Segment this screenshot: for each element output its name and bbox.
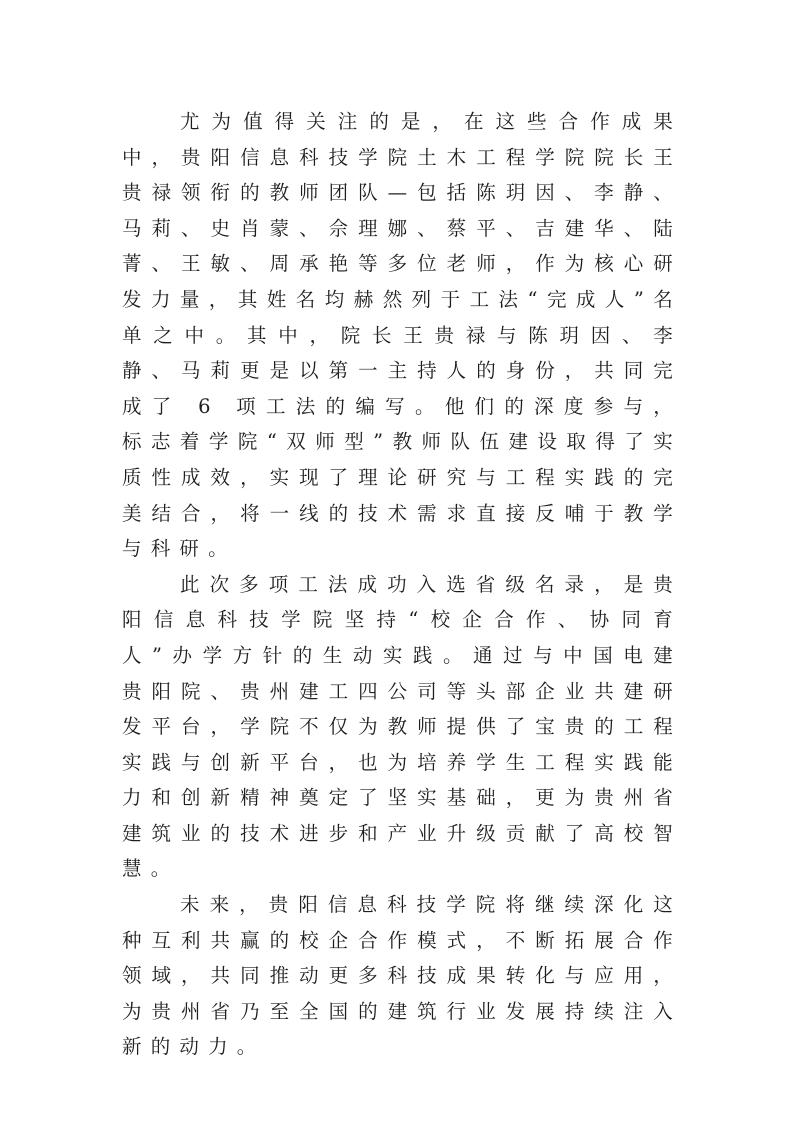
document-page: 尤为值得关注的是，在这些合作成果中，贵阳信息科技学院土木工程学院院长王贵禄领衔的… (122, 104, 682, 1065)
paragraph-team-contribution: 尤为值得关注的是，在这些合作成果中，贵阳信息科技学院土木工程学院院长王贵禄领衔的… (122, 104, 682, 567)
paragraph-school-enterprise-practice: 此次多项工法成功入选省级名录，是贵阳信息科技学院坚持“校企合作、协同育人”办学方… (122, 567, 682, 887)
paragraph-future-outlook: 未来，贵阳信息科技学院将继续深化这种互利共赢的校企合作模式，不断拓展合作领域，共… (122, 887, 682, 1065)
